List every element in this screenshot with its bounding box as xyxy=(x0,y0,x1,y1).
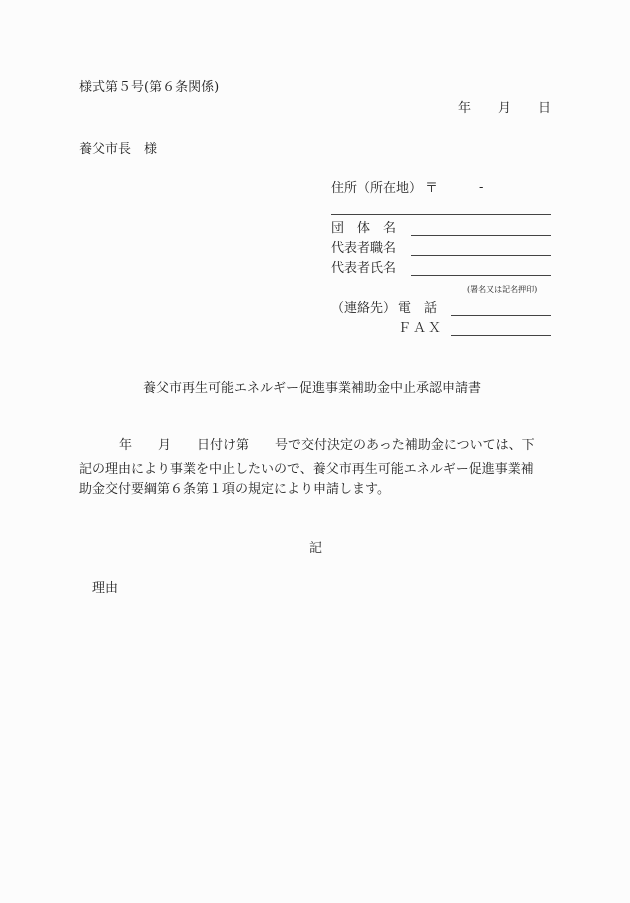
address-line[interactable] xyxy=(331,214,551,215)
address-label: 住所（所在地） xyxy=(331,181,422,197)
body-day-number-label: 日付け第 xyxy=(197,438,249,453)
addressee: 養父市長 様 xyxy=(79,142,157,158)
date-year-label: 年 xyxy=(458,101,471,117)
body-month: 月 xyxy=(158,438,171,453)
organization-label: 団 体 名 xyxy=(331,221,396,237)
representative-title-line[interactable] xyxy=(411,255,551,256)
representative-name-line[interactable] xyxy=(411,275,551,276)
phone-line[interactable] xyxy=(451,315,551,316)
body-line-1-rest: 号で交付決定のあった補助金については、下 xyxy=(275,438,535,453)
contact-label: （連絡先） xyxy=(331,301,396,317)
phone-label: 電 話 xyxy=(398,301,437,317)
organization-line[interactable] xyxy=(411,235,551,236)
body-year: 年 xyxy=(119,438,132,453)
body-line-3: 助金交付要綱第６条第１項の規定により申請します。 xyxy=(79,482,390,498)
document-title: 養父市再生可能エネルギー促進事業補助金中止承認申請書 xyxy=(143,381,481,397)
fax-line[interactable] xyxy=(451,335,551,336)
date-day-label: 日 xyxy=(538,101,551,117)
reason-label: 理由 xyxy=(92,581,118,597)
postal-mark: 〒 xyxy=(425,181,438,197)
postal-dash: - xyxy=(479,180,483,196)
body-line-1: 年月日付け第号で交付決定のあった補助金については、下 xyxy=(79,438,535,454)
fax-label: ＦＡＸ xyxy=(398,321,443,337)
representative-name-label: 代表者氏名 xyxy=(331,261,396,277)
signature-note: (署名又は記名押印) xyxy=(467,285,537,295)
representative-title-label: 代表者職名 xyxy=(331,241,396,257)
form-number: 様式第５号(第６条関係) xyxy=(79,80,219,96)
date-month-label: 月 xyxy=(498,101,511,117)
ki-heading: 記 xyxy=(309,541,322,557)
body-line-2: 記の理由により事業を中止したいので、養父市再生可能エネルギー促進事業補 xyxy=(79,462,534,478)
